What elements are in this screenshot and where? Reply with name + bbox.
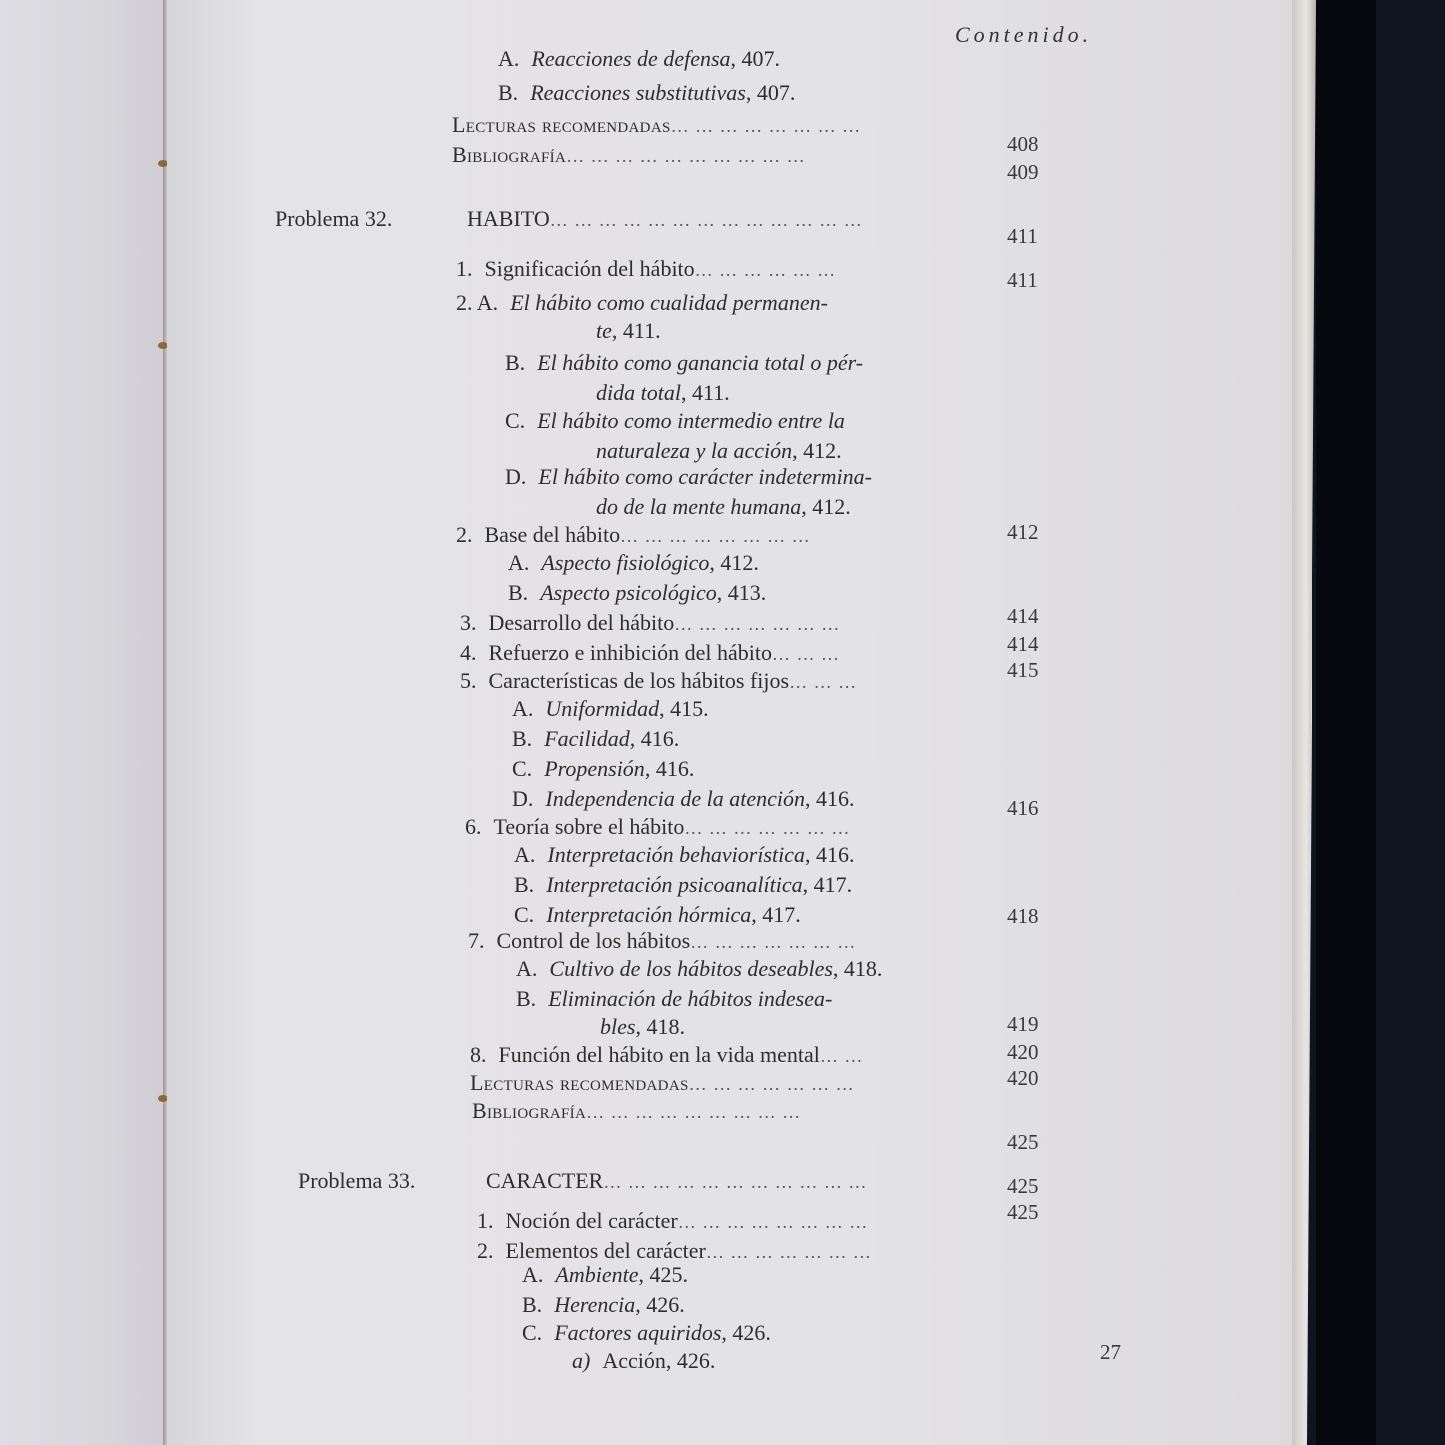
toc-entry-ref: , 418. [833,956,883,981]
binding-stitch [158,1095,168,1102]
shadow-band [1316,0,1376,1445]
toc-entry-ref: , 425. [638,1262,688,1287]
toc-entry-title: Independencia de la atención [545,786,805,811]
toc-entry-label: 1. [477,1208,494,1234]
toc-entry: 8.Función del hábito en la vida mental… … [470,1042,863,1069]
toc-entry-title: Eliminación de hábitos indesea- [548,986,832,1011]
toc-entry-ref: , 412. [792,438,842,463]
toc-entry-title: Elementos del carácter [506,1238,706,1263]
dot-leader: … … … … … … … [706,1242,872,1262]
toc-page-number: 425 [1007,1200,1039,1225]
toc-entry-label: 8. [470,1042,487,1068]
toc-page-number: 409 [1007,160,1039,185]
toc-entry-label: D. [505,464,526,490]
toc-entry-ref: , 426. [635,1292,685,1317]
toc-entry-label: a) [572,1348,590,1374]
facing-page-left [0,0,166,1445]
toc-entry-label: 2. [456,522,473,548]
toc-entry-title: Control de los hábitos [497,928,691,953]
toc-entry: 2.Elementos del carácter… … … … … … … [477,1238,872,1265]
toc-entry-title: dida total [596,380,681,405]
toc-entry: 1.Significación del hábito… … … … … … [456,256,836,283]
dot-leader: … … … … … … … … … … … … … [550,210,863,230]
binding-stitch [158,160,168,167]
toc-entry-label: 2. [477,1238,494,1264]
toc-entry-title: Reacciones substitutivas [530,80,746,105]
running-header: Contenido. [955,22,1092,48]
toc-entry-title: El hábito como carácter indetermina- [538,464,872,489]
dot-leader: … … … … … … … [684,818,850,838]
toc-page-number: 416 [1007,796,1039,821]
toc-entry-title: Aspecto fisiológico [541,550,709,575]
toc-entry-label: 6. [465,814,482,840]
toc-entry-title: Bibliografía [472,1098,586,1123]
toc-entry: a)Acción, 426. [572,1348,715,1374]
toc-entry-label: Problema 32. [275,206,455,232]
page-edge [1292,0,1316,1445]
page-folio: 27 [1100,1340,1121,1365]
toc-entry: B.Interpretación psicoanalítica, 417. [514,872,852,898]
toc-entry: A.Reacciones de defensa, 407. [498,46,780,72]
toc-entry-title: Ambiente [555,1262,638,1287]
toc-entry: 4.Refuerzo e inhibición del hábito… … … [460,640,840,667]
dot-leader: … … … … … … … … … … … [603,1172,867,1192]
dot-leader: … … … [772,644,840,664]
dot-leader: … … … … … … … [689,1074,855,1094]
toc-page-number: 418 [1007,904,1039,929]
toc-entry-title: Noción del carácter [506,1208,678,1233]
toc-entry-title: Acción [602,1348,666,1373]
toc-entry-title: El hábito como ganancia total o pér- [537,350,863,375]
dot-leader: … … … … … … … [674,614,840,634]
toc-entry-label: 5. [460,668,477,694]
toc-entry: B.Aspecto psicológico, 413. [508,580,766,606]
toc-entry-label: C. [512,756,532,782]
toc-entry: B.Reacciones substitutivas, 407. [498,80,795,106]
toc-entry-ref: , 411. [612,318,661,343]
toc-entry: Lecturas recomendadas… … … … … … … [470,1070,855,1097]
dot-leader: … … … [789,672,857,692]
toc-entry-label: B. [508,580,528,606]
toc-entry-title: Reacciones de defensa [531,46,730,71]
toc-entry-title: Cultivo de los hábitos deseables [549,956,833,981]
toc-page-number: 425 [1007,1130,1039,1155]
toc-entry-title: Herencia [554,1292,635,1317]
toc-entry: C.Interpretación hórmica, 417. [514,902,801,928]
toc-entry: A.Ambiente, 425. [522,1262,688,1288]
toc-entry-ref: , 416. [645,756,695,781]
toc-entry: do de la mente humana, 412. [596,494,851,520]
toc-entry-label: A. [522,1262,543,1288]
toc-entry-title: Interpretación hórmica [546,902,751,927]
toc-entry-title: Significación del hábito [485,256,695,281]
toc-entry: Lecturas recomendadas… … … … … … … … [452,112,861,139]
toc-entry: B.Herencia, 426. [522,1292,685,1318]
toc-entry-title: Interpretación behaviorística [547,842,805,867]
toc-entry-label: B. [522,1292,542,1318]
toc-entry-label: B. [505,350,525,376]
toc-entry-title: CARACTER [486,1168,603,1193]
toc-entry-title: Función del hábito en la vida mental [499,1042,820,1067]
toc-entry-label: 4. [460,640,477,666]
toc-entry-label: B. [514,872,534,898]
toc-entry-label: B. [498,80,518,106]
toc-entry-title: Teoría sobre el hábito [494,814,685,839]
toc-entry-title: do de la mente humana [596,494,801,519]
toc-entry-title: Desarrollo del hábito [489,610,675,635]
toc-entry-label: 2. A. [456,290,498,316]
binding-stitch [158,342,168,349]
toc-entry-ref: , 416. [805,786,855,811]
toc-entry-title: Bibliografía [452,142,566,167]
toc-entry: bles, 418. [600,1014,685,1040]
dot-leader: … … … … … … … [690,932,856,952]
toc-entry-label: B. [516,986,536,1012]
toc-entry-label: C. [522,1320,542,1346]
toc-entry-label: Problema 33. [298,1168,474,1194]
toc-entry-title: naturaleza y la acción [596,438,792,463]
toc-page-number: 420 [1007,1040,1039,1065]
toc-entry: 3.Desarrollo del hábito… … … … … … … [460,610,840,637]
toc-entry: te, 411. [596,318,661,344]
toc-page-number: 408 [1007,132,1039,157]
toc-entry-label: 3. [460,610,477,636]
toc-entry: A.Uniformidad, 415. [512,696,709,722]
toc-entry: C.Factores aquiridos, 426. [522,1320,771,1346]
toc-entry-label: A. [498,46,519,72]
toc-entry-ref: , 417. [803,872,853,897]
toc-entry-ref: , 415. [659,696,709,721]
toc-entry: B.El hábito como ganancia total o pér- [505,350,863,376]
toc-entry-title: El hábito como intermedio entre la [537,408,845,433]
toc-entry-label: C. [514,902,534,928]
toc-entry-title: Factores aquiridos [554,1320,721,1345]
dot-leader: … … … … … … [695,260,837,280]
toc-entry: C.El hábito como intermedio entre la [505,408,845,434]
toc-entry-title: Interpretación psicoanalítica [546,872,802,897]
toc-entry: C.Propensión, 416. [512,756,694,782]
toc-entry: Problema 32.HABITO… … … … … … … … … … … … [275,206,863,233]
toc-entry: A.Cultivo de los hábitos deseables, 418. [516,956,882,982]
toc-entry-ref: , 417. [751,902,801,927]
toc-entry-ref: , 407. [746,80,796,105]
dot-leader: … … … … … … … … … … [566,146,806,166]
toc-entry-label: 1. [456,256,473,282]
toc-page-number: 420 [1007,1066,1039,1091]
toc-page-number: 415 [1007,658,1039,683]
toc-entry-title: bles [600,1014,635,1039]
toc-entry: D.El hábito como carácter indetermina- [505,464,872,490]
toc-entry-ref: , 412. [801,494,851,519]
toc-entry: Bibliografía… … … … … … … … … [472,1098,801,1125]
dot-leader: … … … … … … … … [678,1212,869,1232]
toc-entry-label: A. [508,550,529,576]
book-gutter [163,0,167,1445]
toc-entry: B.Facilidad, 416. [512,726,679,752]
toc-entry-title: Características de los hábitos fijos [489,668,790,693]
toc-entry-title: te [596,318,612,343]
toc-entry: B.Eliminación de hábitos indesea- [516,986,832,1012]
toc-page-number: 419 [1007,1012,1039,1037]
toc-entry-title: El hábito como cualidad permanen- [510,290,828,315]
toc-entry: Problema 33.CARACTER… … … … … … … … … … … [298,1168,867,1195]
toc-entry-title: Facilidad [544,726,630,751]
toc-entry-title: HABITO [467,206,550,231]
toc-entry: D.Independencia de la atención, 416. [512,786,855,812]
toc-entry-label: B. [512,726,532,752]
toc-entry-title: Uniformidad [545,696,659,721]
toc-entry-label: A. [512,696,533,722]
toc-entry-ref: , 412. [709,550,759,575]
dot-leader: … … … … … … … … [620,526,811,546]
toc-entry-title: Lecturas recomendadas [470,1070,689,1095]
toc-entry: naturaleza y la acción, 412. [596,438,842,464]
toc-entry-ref: , 411. [681,380,730,405]
toc-entry: A.Aspecto fisiológico, 412. [508,550,759,576]
toc-entry-ref: , 416. [630,726,680,751]
toc-entry-label: A. [514,842,535,868]
dot-leader: … … [820,1046,864,1066]
toc-entry-ref: , 426. [721,1320,771,1345]
toc-entry-ref: , 426. [666,1348,716,1373]
toc-entry: 7.Control de los hábitos… … … … … … … [468,928,856,955]
toc-page-number: 411 [1007,268,1038,293]
toc-entry-label: A. [516,956,537,982]
toc-entry: 1.Noción del carácter… … … … … … … … [477,1208,868,1235]
toc-entry-title: Base del hábito [485,522,621,547]
toc-page-number: 412 [1007,520,1039,545]
toc-entry-title: Propensión [544,756,645,781]
toc-page-number: 414 [1007,604,1039,629]
toc-page-number: 414 [1007,632,1039,657]
toc-entry-title: Lecturas recomendadas [452,112,671,137]
toc-entry: 5.Características de los hábitos fijos… … [460,668,857,695]
toc-entry-title: Refuerzo e inhibición del hábito [489,640,772,665]
toc-entry: 6.Teoría sobre el hábito… … … … … … … [465,814,850,841]
toc-entry-ref: , 418. [635,1014,685,1039]
toc-entry: 2. A.El hábito como cualidad permanen- [456,290,828,316]
toc-entry-label: D. [512,786,533,812]
dot-leader: … … … … … … … … [671,116,862,136]
dot-leader: … … … … … … … … … [586,1102,801,1122]
toc-entry-title: Aspecto psicológico [540,580,717,605]
toc-entry-label: C. [505,408,525,434]
toc-entry-ref: , 407. [731,46,781,71]
toc-page-number: 425 [1007,1174,1039,1199]
toc-entry: dida total, 411. [596,380,730,406]
toc-entry: 2.Base del hábito… … … … … … … … [456,522,811,549]
toc-entry-label: 7. [468,928,485,954]
toc-page-number: 411 [1007,224,1038,249]
toc-entry-ref: , 413. [717,580,767,605]
toc-entry: Bibliografía… … … … … … … … … … [452,142,806,169]
toc-entry-ref: , 416. [805,842,855,867]
toc-entry: A.Interpretación behaviorística, 416. [514,842,855,868]
